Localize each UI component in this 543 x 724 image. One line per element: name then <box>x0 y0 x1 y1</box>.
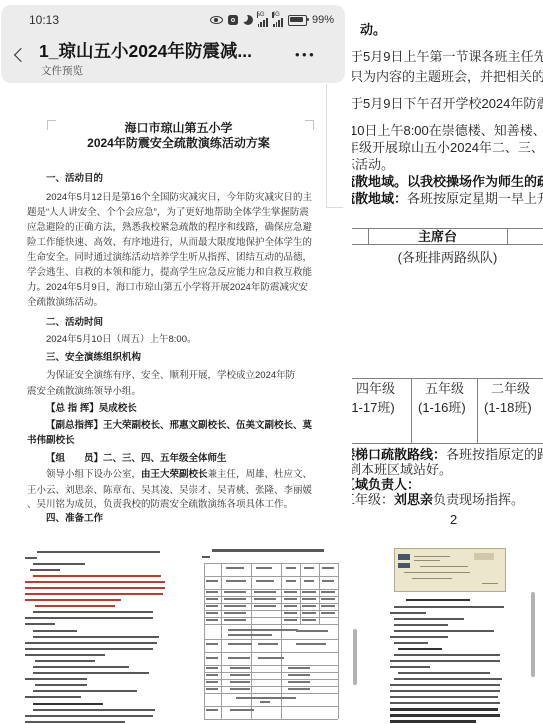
p1l-text-line: 海口市琼山第五小学 <box>27 122 330 135</box>
text-line-bar <box>204 719 338 720</box>
text-line-bar <box>204 563 338 564</box>
text-line-bar <box>204 563 205 719</box>
scrollbar-thumb[interactable] <box>531 592 535 677</box>
p1l-text-line: 王小云、刘思亲、陈章布、吴其凌、吴崇才、吴青桃、张隆、李丽媛 <box>27 484 312 497</box>
text-line-bar <box>390 696 498 698</box>
p2l-text-line: 2 <box>450 512 457 527</box>
text-line-bar <box>204 639 338 640</box>
p2l-text-line: 区域负责人： <box>352 477 420 492</box>
text-line-bar <box>260 701 270 703</box>
text-line-bar <box>322 567 334 569</box>
p2l-text-line: 疏散地域：各班按原定星期一早上升国 <box>352 191 543 206</box>
text-line-bar <box>254 591 276 593</box>
text-line-bar <box>258 643 278 645</box>
p2l-text-line: 楼梯口疏散路线：各班按指原定的路线 <box>352 447 543 462</box>
text-line-bar <box>406 599 470 601</box>
text-line-bar <box>206 619 218 621</box>
text-line-bar <box>204 679 338 680</box>
text-line-bar <box>35 660 95 662</box>
text-line-bar <box>390 612 426 614</box>
p1l-text-line: 学会逃生、自救的本领和能力，提高学生应急反应能力和自救互救能 <box>27 266 312 279</box>
text-line-bar <box>281 563 282 719</box>
text-line-bar <box>204 617 338 618</box>
text-line-bar <box>25 715 153 717</box>
table-rule-v <box>368 228 369 244</box>
text-line-bar <box>226 580 246 582</box>
text-line-bar <box>228 657 250 659</box>
text-line-bar <box>390 684 500 686</box>
text-line-bar <box>206 681 218 683</box>
text-line-bar <box>33 690 137 692</box>
p2l-text-line: 年级开展琼山五小2024年二、三、四、 <box>352 140 543 155</box>
text-line-bar <box>398 672 490 674</box>
p1l-text-line: 三、安全演练组织机构 <box>27 351 141 364</box>
p2l-text-line: (1-17班) <box>352 400 395 415</box>
table-rule-v <box>477 378 478 443</box>
text-line-bar <box>25 721 125 723</box>
text-line-bar <box>35 684 87 686</box>
text-line-bar <box>206 667 218 669</box>
text-line-bar <box>254 605 276 607</box>
p2l-text-line: 只为内容的主题班会，并把相关的相片 <box>352 69 543 84</box>
p1l-text-line: 为保证安全演练有序、安全、顺利开展，学校成立2024年防 <box>27 369 295 382</box>
text-line-bar <box>230 674 250 676</box>
text-line-bar <box>25 587 165 589</box>
text-line-bar <box>204 576 338 577</box>
p1l-text-line: 【组 员】二、三、四、五年级全体师生 <box>27 452 227 465</box>
p1l-text-line: 2024年5月10日（周五）上午8:00。 <box>27 333 196 346</box>
text-line-bar <box>25 678 87 680</box>
text-line-bar <box>204 624 338 625</box>
p2l-text-line: 疏散地域。以我校操场作为师生的疏散 <box>352 174 543 189</box>
table-rule-h <box>352 244 543 245</box>
text-line-bar <box>398 563 410 568</box>
text-line-bar <box>322 580 334 582</box>
text-line-bar <box>33 703 103 705</box>
p1l-text-line: 2024年5月12日是第16个全国防灾减灾日，今年防灾减灾日的主 <box>27 191 312 204</box>
text-line-bar <box>288 674 310 676</box>
text-line-bar <box>230 688 250 690</box>
text-line-bar <box>302 591 316 593</box>
text-line-bar <box>35 605 115 607</box>
document-page-1[interactable]: 海口市琼山第五小学2024年防震安全疏散演练活动方案一、活动目的2024年5月1… <box>27 0 330 537</box>
p1l-text-line: 书伟副校长 <box>27 434 75 447</box>
document-page-2[interactable]: 动。于5月9日上午第一节课各班主任先在只为内容的主题班会，并把相关的相片于5月9… <box>352 0 543 537</box>
text-line-bar <box>206 674 218 676</box>
text-line-bar <box>482 583 498 584</box>
text-line-bar <box>206 591 218 593</box>
text-line-bar <box>25 617 153 619</box>
text-line-bar <box>394 624 448 626</box>
text-line-bar <box>224 605 246 607</box>
text-line-bar <box>288 667 310 669</box>
text-line-bar <box>33 611 153 613</box>
text-line-bar <box>33 709 155 711</box>
p1l-text-line: 全疏散演练活动。 <box>27 296 103 309</box>
text-line-bar <box>284 598 297 600</box>
text-line-bar <box>338 563 339 719</box>
text-line-bar <box>288 688 310 690</box>
text-line-bar <box>390 636 448 638</box>
text-line-bar <box>206 580 218 582</box>
text-line-bar <box>236 697 296 699</box>
text-line-bar <box>228 634 272 636</box>
text-line-bar <box>284 619 297 621</box>
text-line-bar <box>258 657 284 659</box>
page-thumbnail[interactable] <box>198 543 344 724</box>
text-line-bar <box>206 657 218 659</box>
text-line-bar <box>206 709 218 711</box>
text-line-bar <box>221 563 222 719</box>
p1l-text-line: 力。2024年5月9日，海口市琼山第五小学将开展2024年防震减灾安 <box>27 281 308 294</box>
text-line-bar <box>37 551 160 553</box>
text-line-bar <box>286 580 296 582</box>
text-line-bar <box>212 549 324 552</box>
scrollbar-thumb[interactable] <box>353 629 357 685</box>
p2l-text-line: (各班排两路纵队) <box>352 250 543 265</box>
table-rule-h <box>352 228 543 229</box>
text-line-bar <box>204 610 338 611</box>
text-line-bar <box>390 660 500 662</box>
p2l-text-line: 练活动。 <box>352 157 394 172</box>
p1l-text-line: 险工作能快速、高效、有序地进行，从而最大限度地保护全体学生的 <box>27 236 312 249</box>
text-line-bar <box>286 567 296 569</box>
text-line-bar <box>302 605 316 607</box>
page-thumbnail[interactable] <box>25 543 175 724</box>
text-line-bar <box>394 606 504 608</box>
text-line-bar <box>284 612 297 614</box>
text-line-bar <box>224 591 246 593</box>
text-line-bar <box>226 567 244 569</box>
text-line-bar <box>284 605 297 607</box>
p1l-text-line: 【总 指 挥】吴成校长 <box>27 402 137 415</box>
screenshot-root: 10:13 5G 4G 99% 1_琼山五小2024年防震减... 文件预览 •… <box>0 0 543 724</box>
text-line-bar <box>25 623 55 625</box>
text-line-bar <box>202 556 210 558</box>
text-line-bar <box>414 560 440 561</box>
text-line-bar <box>398 648 442 650</box>
text-line-bar <box>224 598 246 600</box>
p2l-text-line: 主席台 <box>368 229 507 244</box>
text-line-bar <box>33 636 159 638</box>
text-line-bar <box>204 686 338 687</box>
page-thumbnail[interactable] <box>390 545 512 724</box>
text-line-bar <box>230 709 254 711</box>
p1l-text-line: 二、活动时间 <box>27 316 103 329</box>
text-line-bar <box>206 605 218 607</box>
text-line-bar <box>25 648 153 650</box>
text-line-bar <box>33 563 85 565</box>
p2l-text-line: 二年级 <box>491 381 530 396</box>
p1l-text-line: 四、准备工作 <box>27 512 103 525</box>
p1l-text-line: 【副总指挥】王大荣副校长、邢惠文副校长、伍美文副校长、莫 <box>27 419 312 432</box>
p2l-text-line: 10日上午8:00在崇德楼、知善楼、畅 <box>352 123 543 138</box>
text-line-bar <box>300 563 301 624</box>
text-line-bar <box>224 612 246 614</box>
text-line-bar <box>394 618 464 620</box>
p2l-text-line: (1-16班) <box>418 400 466 415</box>
table-rule-v <box>507 228 508 244</box>
text-line-bar <box>204 589 338 590</box>
text-line-bar <box>319 563 320 624</box>
text-line-bar <box>228 643 252 645</box>
p1l-text-line: 2024年防震安全疏散演练活动方案 <box>27 137 330 150</box>
p2l-text-line: 于5月9日下午召开学校2024年防震 <box>352 96 543 111</box>
text-line-bar <box>25 642 157 644</box>
text-line-bar <box>204 652 338 653</box>
text-line-bar <box>33 630 77 632</box>
text-line-bar <box>302 619 316 621</box>
text-line-bar <box>204 672 338 673</box>
text-line-bar <box>256 580 274 582</box>
p2l-text-line: (1-18班) <box>484 400 532 415</box>
text-line-bar <box>304 580 314 582</box>
table-rule-v <box>411 378 412 443</box>
p2l-text-line: 于5月9日上午第一节课各班主任先在 <box>352 49 543 64</box>
text-line-bar <box>302 598 316 600</box>
text-line-bar <box>390 666 430 668</box>
text-line-bar <box>394 654 500 656</box>
p1l-text-line: 领导小组下设办公室，由王大荣副校长兼主任，周雄、杜应文、 <box>27 468 312 481</box>
p2l-text-line: 三年级：刘思亲负责现场指挥。 <box>352 492 524 507</box>
table-rule-h <box>352 378 543 379</box>
text-line-bar <box>412 578 452 579</box>
text-line-bar <box>230 667 250 669</box>
text-line-bar <box>25 654 105 656</box>
table-rule-h <box>352 443 543 444</box>
text-line-bar <box>304 567 314 569</box>
text-line-bar <box>228 629 298 631</box>
p1l-text-line: 、吴川铭为成员，负责我校的防震安全疏散演练各项具体工作。 <box>27 498 293 511</box>
text-line-bar <box>25 581 165 583</box>
text-line-bar <box>302 612 316 614</box>
text-line-bar <box>296 643 326 645</box>
p2l-text-line: 四年级 <box>356 381 395 396</box>
text-line-bar <box>230 681 250 683</box>
p1l-text-line: 题是“人人讲安全、个个会应急”，为了更好地帮助全体学生掌握防震 <box>27 206 309 219</box>
text-line-bar <box>390 720 476 723</box>
text-line-bar <box>321 598 335 600</box>
text-line-bar <box>256 567 272 569</box>
text-line-bar <box>25 696 81 698</box>
text-line-bar <box>206 643 218 645</box>
text-line-bar <box>204 603 338 604</box>
text-line-bar <box>33 666 129 668</box>
p2l-text-line: 动。 <box>360 22 386 37</box>
text-line-bar <box>204 706 338 707</box>
text-line-bar <box>33 575 161 577</box>
text-line-bar <box>390 690 500 692</box>
p1l-text-line: 生命安全。同时通过演练活动培养学生听从指挥、团结互动的品德， <box>27 251 312 264</box>
text-line-bar <box>224 619 246 621</box>
text-line-bar <box>33 672 149 674</box>
text-line-bar <box>204 596 338 597</box>
p1l-text-line: 一、活动目的 <box>27 172 103 185</box>
text-line-bar <box>394 678 502 680</box>
text-line-bar <box>206 598 218 600</box>
text-line-bar <box>206 612 218 614</box>
text-line-bar <box>394 630 494 632</box>
text-line-bar <box>321 612 335 614</box>
text-line-bar <box>390 714 500 717</box>
text-line-bar <box>254 598 276 600</box>
text-line-bar <box>404 572 470 573</box>
text-line-bar <box>414 556 450 557</box>
text-line-bar <box>390 708 498 711</box>
text-line-bar <box>474 553 494 560</box>
p1l-text-line: 应急避险的正确方法，熟悉我校紧急疏散的程序和线路，确保应急避 <box>27 221 312 234</box>
text-line-bar <box>296 630 328 632</box>
text-line-bar <box>284 591 297 593</box>
p1l-text-line: 震安全疏散演练领导小组。 <box>27 385 141 398</box>
text-line-bar <box>30 569 60 571</box>
text-line-bar <box>420 566 468 567</box>
text-line-bar <box>288 681 310 683</box>
text-line-bar <box>321 605 335 607</box>
text-line-bar <box>251 563 252 719</box>
p2l-text-line: 到本班区域站好。 <box>352 462 452 477</box>
text-line-bar <box>204 665 338 666</box>
text-line-bar <box>25 557 37 559</box>
p2l-text-line: 五年级 <box>425 381 464 396</box>
text-line-bar <box>390 702 500 704</box>
text-line-bar <box>398 554 410 560</box>
text-line-bar <box>25 593 163 595</box>
chevron-left-icon <box>14 48 28 62</box>
text-line-bar <box>206 688 218 690</box>
text-line-bar <box>321 591 335 593</box>
text-line-bar <box>25 599 121 601</box>
text-line-bar <box>394 642 428 644</box>
text-line-bar <box>204 693 338 694</box>
